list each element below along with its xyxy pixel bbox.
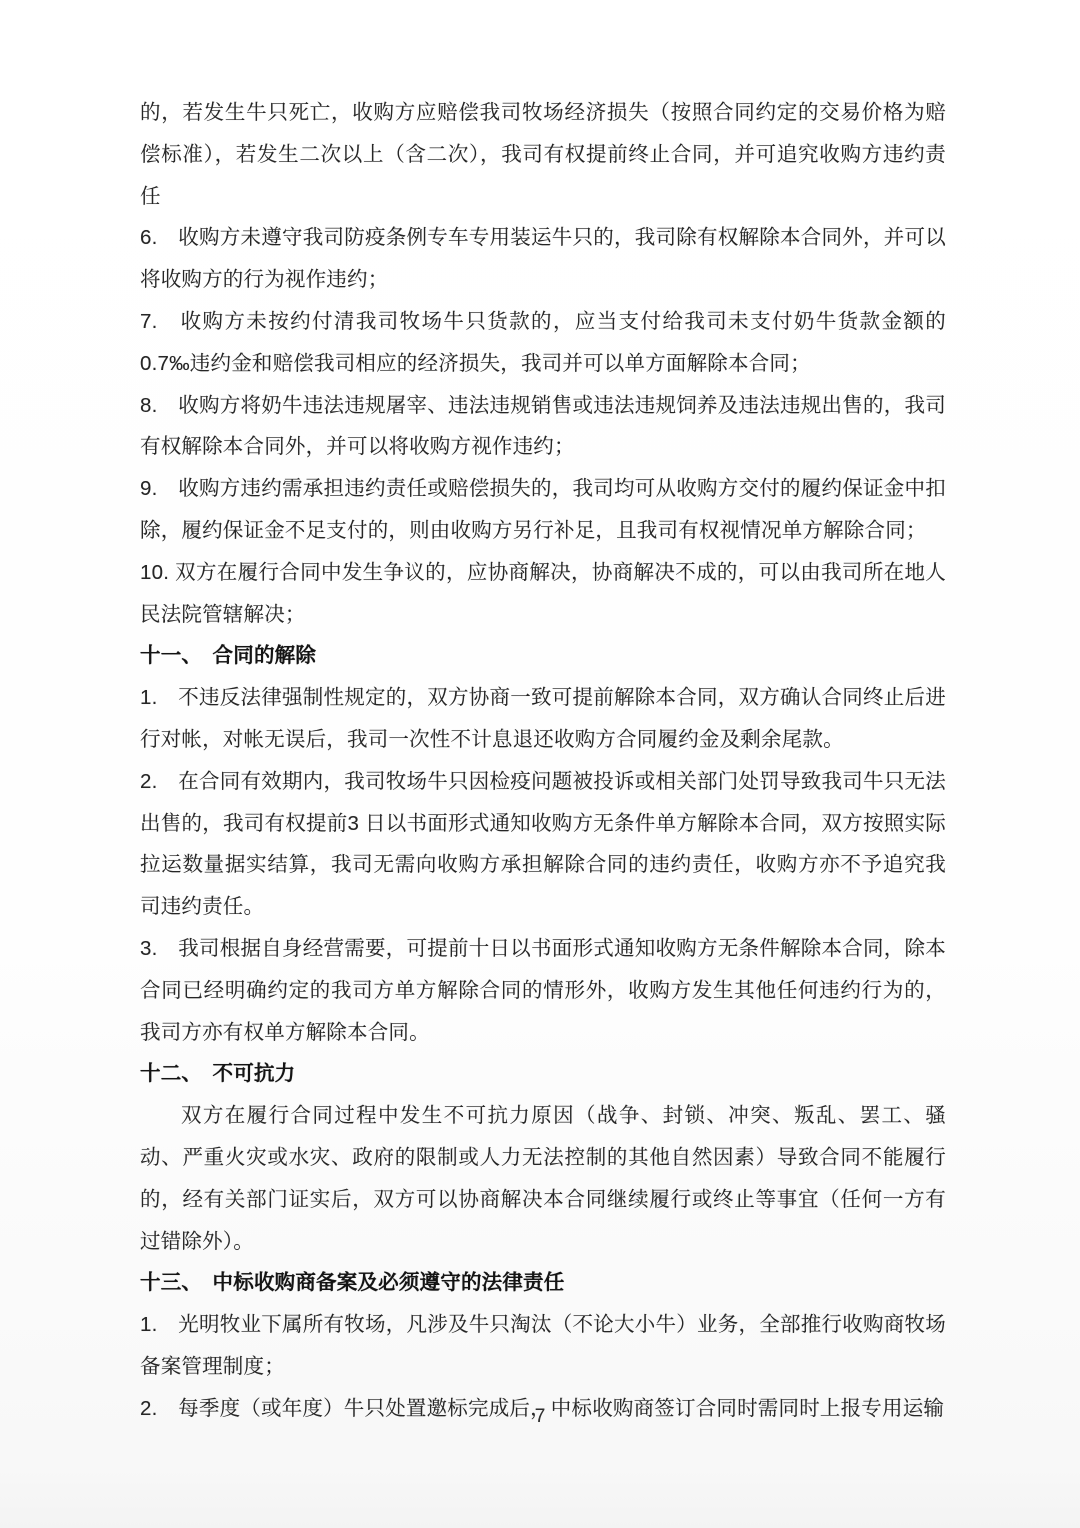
contract-paragraph: 9. 收购方违约需承担违约责任或赔偿损失的，我司均可从收购方交付的履约保证金中扣… (140, 468, 946, 552)
section-heading: 十二、 不可抗力 (140, 1053, 946, 1095)
page-number: 7 (0, 1402, 1080, 1432)
contract-paragraph: 双方在履行合同过程中发生不可抗力原因（战争、封锁、冲突、叛乱、罢工、骚动、严重火… (140, 1095, 946, 1262)
contract-paragraph: 8. 收购方将奶牛违法违规屠宰、违法违规销售或违法违规饲养及违法违规出售的，我司… (140, 385, 946, 469)
contract-text-block: 的，若发生牛只死亡，收购方应赔偿我司牧场经济损失（按照合同约定的交易价格为赔偿标… (140, 92, 946, 1430)
document-page: 的，若发生牛只死亡，收购方应赔偿我司牧场经济损失（按照合同约定的交易价格为赔偿标… (0, 0, 1080, 1528)
contract-paragraph: 7. 收购方未按约付清我司牧场牛只货款的，应当支付给我司未支付奶牛货款金额的 0… (140, 301, 946, 385)
contract-paragraph: 1. 不违反法律强制性规定的，双方协商一致可提前解除本合同，双方确认合同终止后进… (140, 677, 946, 761)
section-heading: 十三、 中标收购商备案及必须遵守的法律责任 (140, 1262, 946, 1304)
contract-paragraph: 的，若发生牛只死亡，收购方应赔偿我司牧场经济损失（按照合同约定的交易价格为赔偿标… (140, 92, 946, 217)
contract-paragraph: 1. 光明牧业下属所有牧场，凡涉及牛只淘汰（不论大小牛）业务，全部推行收购商牧场… (140, 1304, 946, 1388)
section-heading: 十一、 合同的解除 (140, 635, 946, 677)
contract-paragraph: 6. 收购方未遵守我司防疫条例专车专用装运牛只的，我司除有权解除本合同外，并可以… (140, 217, 946, 301)
contract-paragraph: 3. 我司根据自身经营需要，可提前十日以书面形式通知收购方无条件解除本合同，除本… (140, 928, 946, 1053)
contract-paragraph: 10. 双方在履行合同中发生争议的，应协商解决，协商解决不成的，可以由我司所在地… (140, 552, 946, 636)
contract-paragraph: 2. 在合同有效期内，我司牧场牛只因检疫问题被投诉或相关部门处罚导致我司牛只无法… (140, 761, 946, 928)
